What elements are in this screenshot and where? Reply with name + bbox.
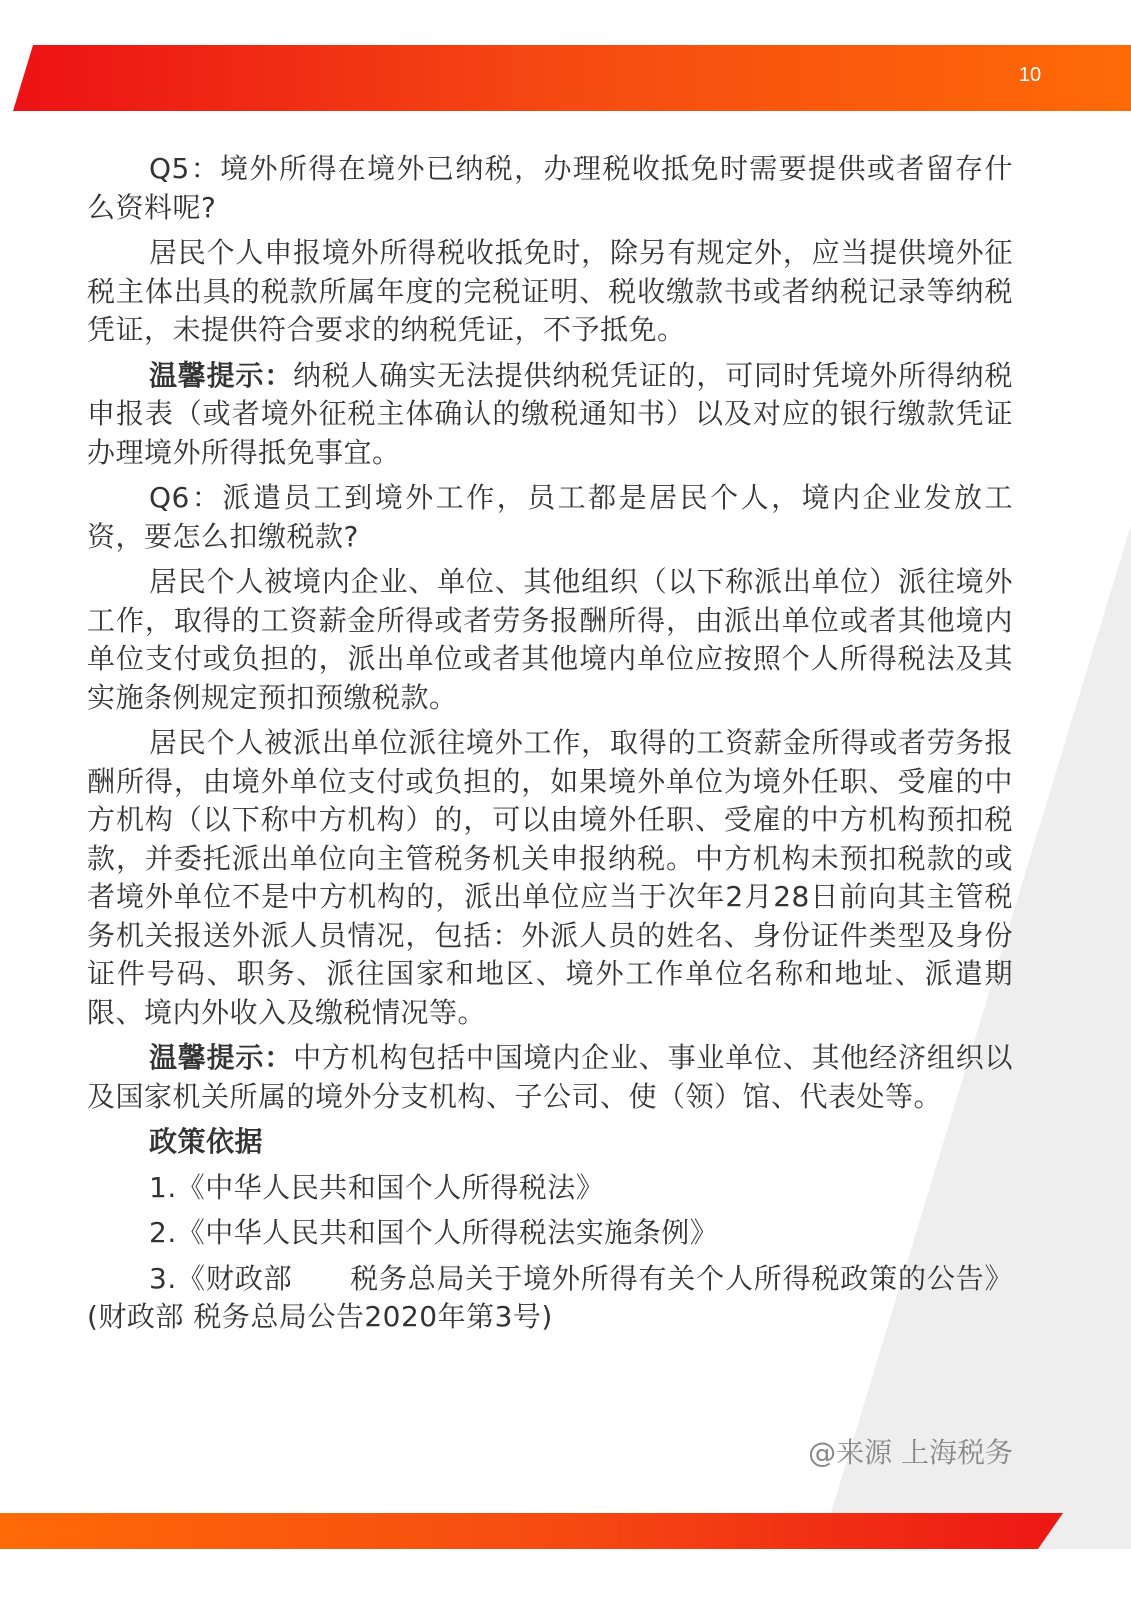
- policy-heading: 政策依据: [87, 1123, 1013, 1162]
- q6-tip: 温馨提示：中方机构包括中国境内企业、事业单位、其他经济组织以及国家机关所属的境外…: [87, 1039, 1013, 1116]
- q5-tip: 温馨提示：纳税人确实无法提供纳税凭证的，可同时凭境外所得纳税申报表（或者境外征税…: [87, 357, 1013, 473]
- q5-answer: 居民个人申报境外所得税收抵免时，除另有规定外，应当提供境外征税主体出具的税款所属…: [87, 234, 1013, 350]
- q5-question: Q5：境外所得在境外已纳税，办理税收抵免时需要提供或者留存什么资料呢?: [87, 150, 1013, 227]
- source-attribution: @来源 上海税务: [808, 1431, 1013, 1471]
- policy-item-3: 3.《财政部 税务总局关于境外所得有关个人所得税政策的公告》(财政部 税务总局公…: [87, 1260, 1013, 1337]
- footer-banner: [0, 1513, 1131, 1549]
- policy-item-1: 1.《中华人民共和国个人所得税法》: [87, 1169, 1013, 1208]
- q5-tip-label: 温馨提示：: [149, 359, 293, 392]
- q6-tip-label: 温馨提示：: [149, 1041, 293, 1074]
- header-banner: [0, 45, 1131, 111]
- q6-answer-1: 居民个人被境内企业、单位、其他组织（以下称派出单位）派往境外工作，取得的工资薪金…: [87, 563, 1013, 717]
- q6-answer-2: 居民个人被派出单位派往境外工作，取得的工资薪金所得或者劳务报酬所得，由境外单位支…: [87, 724, 1013, 1032]
- q6-question: Q6：派遣员工到境外工作，员工都是居民个人，境内企业发放工资，要怎么扣缴税款?: [87, 479, 1013, 556]
- page-number: 10: [1012, 64, 1048, 87]
- document-body: Q5：境外所得在境外已纳税，办理税收抵免时需要提供或者留存什么资料呢? 居民个人…: [87, 150, 1013, 1344]
- policy-item-2: 2.《中华人民共和国个人所得税法实施条例》: [87, 1214, 1013, 1253]
